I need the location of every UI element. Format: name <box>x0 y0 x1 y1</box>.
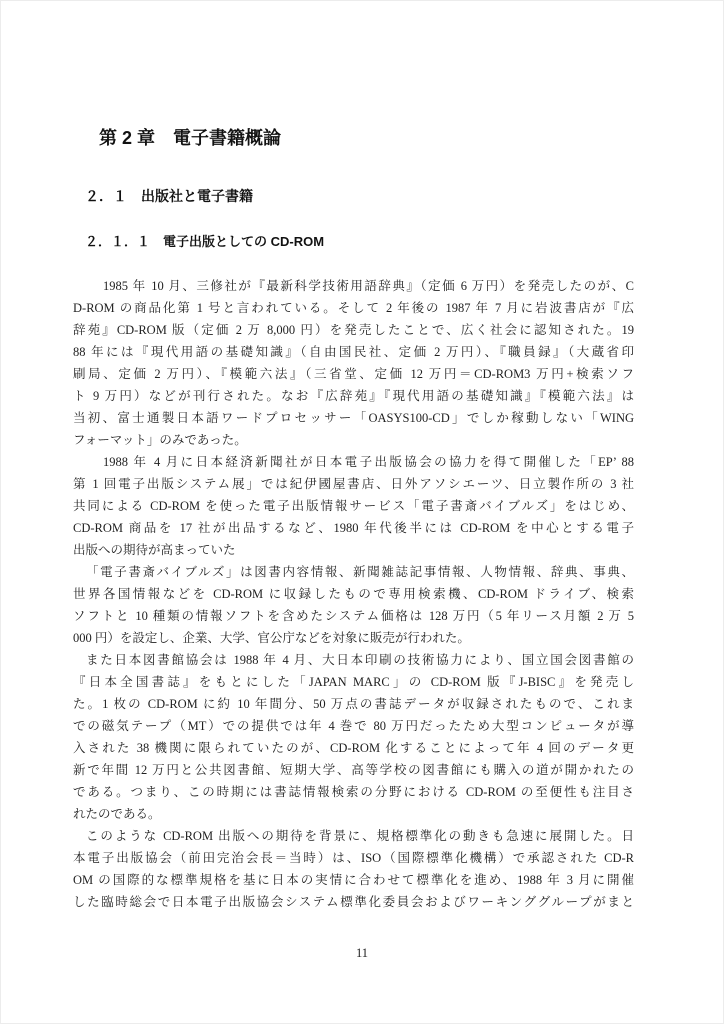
body-line: した臨時総会で日本電子出版協会システム標準化委員会およびワーキンググループがまと <box>73 891 634 913</box>
paragraph: 1988 年 4 月に日本経済新聞社が日本電子出版協会の協力を得て開催した「EP… <box>73 451 634 561</box>
body-line: 共同による CD-ROM を使った電子出版情報サービス「電子書斎バイブルズ」をは… <box>73 495 634 517</box>
body-line: である。つまり、この時期には書誌情報検索の分野における CD-ROM の至便性も… <box>73 781 634 803</box>
body-line: 出版への期待が高まっていた <box>73 539 634 561</box>
page-number: 11 <box>0 946 724 960</box>
paragraph: 「電子書斎バイブルズ」は図書内容情報、新聞雑誌記事情報、人物情報、辞典、事典、世… <box>73 561 634 649</box>
paragraph: 1985 年 10 月、三修社が『最新科学技術用語辞典』（定価 6 万円）を発売… <box>73 275 634 451</box>
body-line: フォーマット」のみであった。 <box>73 429 634 451</box>
body-line: 『日本全国書誌』をもとにした「JAPAN MARC」の CD-ROM 版『J-B… <box>73 671 634 693</box>
section-heading: ２．１ 出版社と電子書籍 <box>85 189 253 204</box>
body-line: 刷局、定価 2 万円）、『模範六法』（三省堂、定価 12 万円＝CD-ROM3 … <box>73 363 634 385</box>
subsection-heading: ２．１．１ 電子出版としての CD-ROM <box>85 235 324 249</box>
body-line: 入された 38 機関に限られていたのが、CD-ROM 化することによって年 4 … <box>73 737 634 759</box>
body-line: ソフトと 10 種類の情報ソフトを含めたシステム価格は 128 万円（5 年リー… <box>73 605 634 627</box>
paragraph: このような CD-ROM 出版への期待を背景に、規格標準化の動きも急速に展開した… <box>73 825 634 913</box>
body-line: ト 9 万円）などが刊行された。なお『広辞苑』『現代用語の基礎知識』『模範六法』… <box>73 385 634 407</box>
body-line: 新で年間 12 万円と公共図書館、短期大学、高等学校の図書館にも購入の道が開かれ… <box>73 759 634 781</box>
body-line: 世界各国情報などを CD-ROM に収録したもので専用検索機、CD-ROM ドラ… <box>73 583 634 605</box>
body-text: 1985 年 10 月、三修社が『最新科学技術用語辞典』（定価 6 万円）を発売… <box>73 275 634 913</box>
body-line: 「電子書斎バイブルズ」は図書内容情報、新聞雑誌記事情報、人物情報、辞典、事典、 <box>73 561 634 583</box>
body-line: このような CD-ROM 出版への期待を背景に、規格標準化の動きも急速に展開した… <box>73 825 634 847</box>
body-line: 第 1 回電子出版システム展」では紀伊國屋書店、日外アソシエーツ、日立製作所の … <box>73 473 634 495</box>
body-line: での磁気テープ（MT）での提供では年 4 巻で 80 万円だったため大型コンピュ… <box>73 715 634 737</box>
body-line: また日本図書館協会は 1988 年 4 月、大日本印刷の技術協力により、国立国会… <box>73 649 634 671</box>
body-line: CD-ROM 商品を 17 社が出品するなど、1980 年代後半には CD-RO… <box>73 517 634 539</box>
body-line: 1988 年 4 月に日本経済新聞社が日本電子出版協会の協力を得て開催した「EP… <box>73 451 634 473</box>
paragraph: また日本図書館協会は 1988 年 4 月、大日本印刷の技術協力により、国立国会… <box>73 649 634 825</box>
body-line: D-ROM の商品化第 1 号と言われている。そして 2 年後の 1987 年 … <box>73 297 634 319</box>
body-line: 000 円）を設定し、企業、大学、官公庁などを対象に販売が行われた。 <box>73 627 634 649</box>
body-line: れたのである。 <box>73 803 634 825</box>
body-line: OM の国際的な標準規格を基に日本の実情に合わせて標準化を進め、1988 年 3… <box>73 869 634 891</box>
body-line: 88 年には『現代用語の基礎知識』（自由国民社、定価 2 万円）、『職員録』（大… <box>73 341 634 363</box>
body-line: 辞苑』CD-ROM 版（定価 2 万 8,000 円）を発売したことで、広く社会… <box>73 319 634 341</box>
body-line: 当初、富士通製日本語ワードプロセッサー「OASYS100-CD」でしか稼動しない… <box>73 407 634 429</box>
body-line: た。1 枚の CD-ROM に約 10 年間分、50 万点の書誌データが収録され… <box>73 693 634 715</box>
chapter-heading: 第 2 章 電子書籍概論 <box>99 129 281 148</box>
body-line: 1985 年 10 月、三修社が『最新科学技術用語辞典』（定価 6 万円）を発売… <box>73 275 634 297</box>
body-line: 本電子出版協会（前田完治会長＝当時）は、ISO（国際標準化機構）で承認された C… <box>73 847 634 869</box>
document-page: 第 2 章 電子書籍概論 ２．１ 出版社と電子書籍 ２．１．１ 電子出版としての… <box>0 0 724 1024</box>
